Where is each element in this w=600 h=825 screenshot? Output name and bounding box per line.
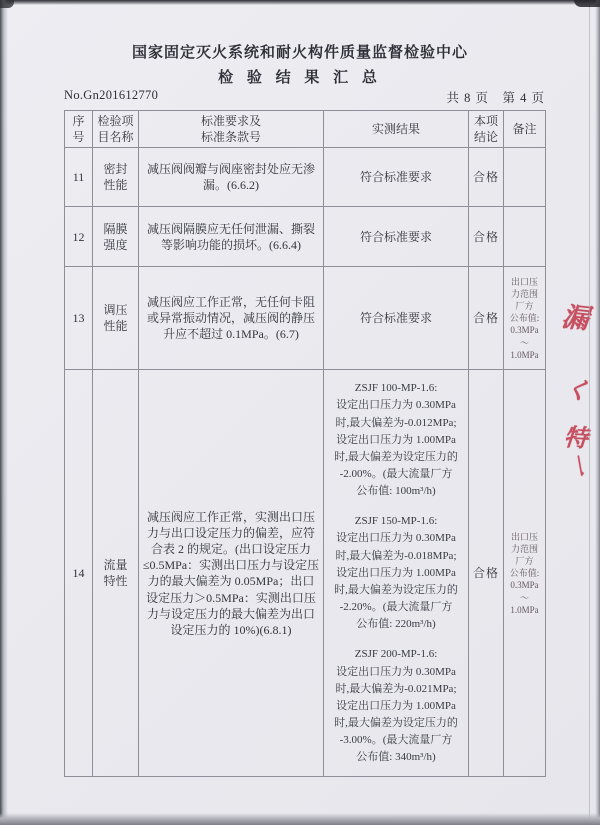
table-row: 11 密封 性能 减压阀阀瓣与阀座密封处应无渗漏。(6.6.2) 符合标准要求 … bbox=[65, 148, 546, 207]
cell-requirement: 减压阀隔膜应无任何泄漏、撕裂等影响功能的损坏。(6.6.4) bbox=[139, 207, 324, 267]
cell-conclusion: 合格 bbox=[469, 267, 504, 370]
cell-remark: 出口压 力范围 厂方 公布值: 0.3MPa ～ 1.0MPa bbox=[504, 267, 546, 370]
cell-serial-no: 14 bbox=[65, 370, 93, 777]
cell-serial-no: 13 bbox=[65, 267, 93, 370]
scan-edge-top bbox=[0, 0, 600, 5]
col-header-item-name: 检验项 目名称 bbox=[93, 111, 139, 148]
col-header-requirement: 标准要求及 标准条款号 bbox=[139, 111, 324, 148]
cell-conclusion: 合格 bbox=[469, 148, 504, 207]
scan-edge-bottom bbox=[0, 813, 600, 825]
cell-conclusion: 合格 bbox=[469, 370, 504, 777]
cell-result: 符合标准要求 bbox=[324, 148, 469, 207]
cell-requirement: 减压阀阀瓣与阀座密封处应无渗漏。(6.6.2) bbox=[139, 148, 324, 207]
table-header-row: 序 号 检验项 目名称 标准要求及 标准条款号 实测结果 本项 结论 备注 bbox=[65, 111, 546, 148]
scan-corner-top-right bbox=[574, 0, 600, 7]
result-block-zsjf-200: ZSJF 200-MP-1.6: 设定出口压力为 0.30MPa 时,最大偏差为… bbox=[327, 646, 465, 766]
cell-remark: 出口压 力范围 厂方 公布值: 0.3MPa ～ 1.0MPa bbox=[504, 370, 546, 777]
cell-serial-no: 11 bbox=[65, 148, 93, 207]
handwritten-red-mark: 一 bbox=[562, 450, 596, 477]
cell-result: 符合标准要求 bbox=[324, 267, 469, 370]
results-table: 序 号 检验项 目名称 标准要求及 标准条款号 实测结果 本项 结论 备注 11… bbox=[64, 110, 546, 777]
scan-edge-left bbox=[0, 0, 8, 825]
table-row: 14 流量 特性 减压阀应工作正常，实测出口压力与出口设定压力的偏差，应符合表 … bbox=[65, 370, 546, 777]
result-block-zsjf-150: ZSJF 150-MP-1.6: 设定出口压力为 0.30MPa 时,最大偏差为… bbox=[327, 513, 465, 633]
table-row: 13 调压 性能 减压阀应工作正常，无任何卡阻或异常振动情况，减压阀的静压升应不… bbox=[65, 267, 546, 370]
result-block-zsjf-100: ZSJF 100-MP-1.6: 设定出口压力为 0.30MPa 时,最大偏差为… bbox=[327, 380, 465, 500]
handwritten-red-mark: 特 bbox=[563, 417, 589, 454]
page-indicator: 共 8 页 第 4 页 bbox=[446, 88, 545, 106]
cell-item-name: 流量 特性 bbox=[93, 370, 139, 777]
cell-result: 符合标准要求 bbox=[324, 207, 469, 267]
table-row: 12 隔膜 强度 减压阀隔膜应无任何泄漏、撕裂等影响功能的损坏。(6.6.4) … bbox=[65, 207, 546, 267]
cell-serial-no: 12 bbox=[65, 207, 93, 267]
cell-requirement: 减压阀应工作正常，无任何卡阻或异常振动情况，减压阀的静压升应不超过 0.1MPa… bbox=[139, 267, 324, 370]
cell-result: ZSJF 100-MP-1.6: 设定出口压力为 0.30MPa 时,最大偏差为… bbox=[324, 370, 469, 777]
col-header-serial-no: 序 号 bbox=[65, 111, 93, 148]
cell-item-name: 隔膜 强度 bbox=[93, 207, 139, 267]
paper-crease-line bbox=[589, 0, 590, 825]
cell-item-name: 密封 性能 bbox=[93, 148, 139, 207]
cell-requirement: 减压阀应工作正常，实测出口压力与出口设定压力的偏差，应符合表 2 的规定。(出口… bbox=[139, 370, 324, 777]
cell-conclusion: 合格 bbox=[469, 207, 504, 267]
document-title: 检 验 结 果 汇 总 bbox=[0, 66, 600, 87]
cell-remark bbox=[504, 148, 546, 207]
col-header-remark: 备注 bbox=[504, 111, 546, 148]
org-name: 国家固定灭火系统和耐火构件质量监督检验中心 bbox=[0, 41, 600, 62]
scan-edge-right bbox=[595, 0, 600, 825]
handwritten-red-mark: 漏 bbox=[560, 295, 591, 337]
scanned-page: 国家固定灭火系统和耐火构件质量监督检验中心 检 验 结 果 汇 总 No.Gn2… bbox=[0, 0, 600, 825]
col-header-result: 实测结果 bbox=[324, 111, 469, 148]
scan-corner-top-left bbox=[0, 0, 14, 8]
report-number: No.Gn201612770 bbox=[64, 88, 158, 103]
cell-item-name: 调压 性能 bbox=[93, 267, 139, 370]
col-header-conclusion: 本项 结论 bbox=[469, 111, 504, 148]
cell-remark bbox=[504, 207, 546, 267]
